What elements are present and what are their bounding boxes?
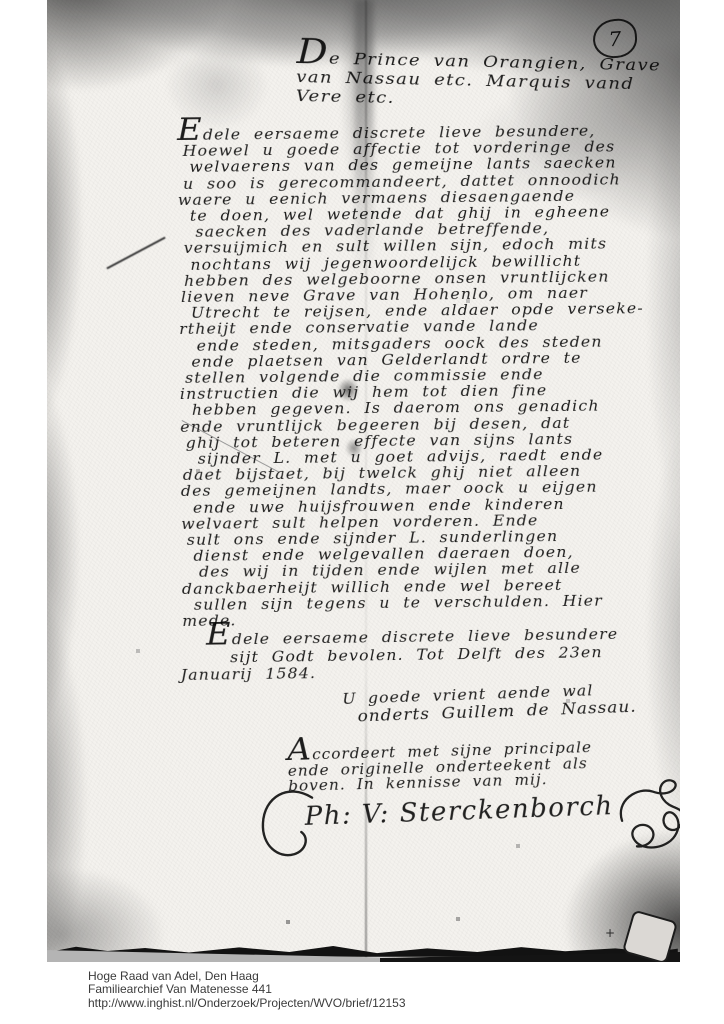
scratch-mark [106,237,165,270]
signature-knot-flourish-icon [613,777,680,858]
archive-institution: Hoge Raad van Adel, Den Haag [88,970,406,983]
page: 7 De Prince van Orangien, Gravevan Nassa… [0,0,724,1024]
letter-valediction: U goede vrient aende walonderts Guillem … [342,680,637,726]
manuscript-scan: 7 De Prince van Orangien, Gravevan Nassa… [47,0,680,962]
clerk-signature: Ph: V: Sterckenborch [258,773,680,870]
letter-body: Edele eersaeme discrete lieve besundere,… [177,114,647,630]
archive-url: http://www.inghist.nl/Onderzoek/Projecte… [88,997,406,1010]
clerk-signature-name: Ph: V: Sterckenborch [304,791,614,832]
letter-closing: Edele eersaeme discrete lieve besunderes… [180,618,619,686]
dust-specks [47,0,49,2]
archive-collection: Familiearchief Van Matenesse 441 [88,983,406,996]
archive-caption: Hoge Raad van Adel, Den Haag Familiearch… [88,970,406,1010]
letter-heading: De Prince van Orangien, Gravevan Nassau … [296,40,662,113]
registration-cross-mark: + [605,926,615,940]
